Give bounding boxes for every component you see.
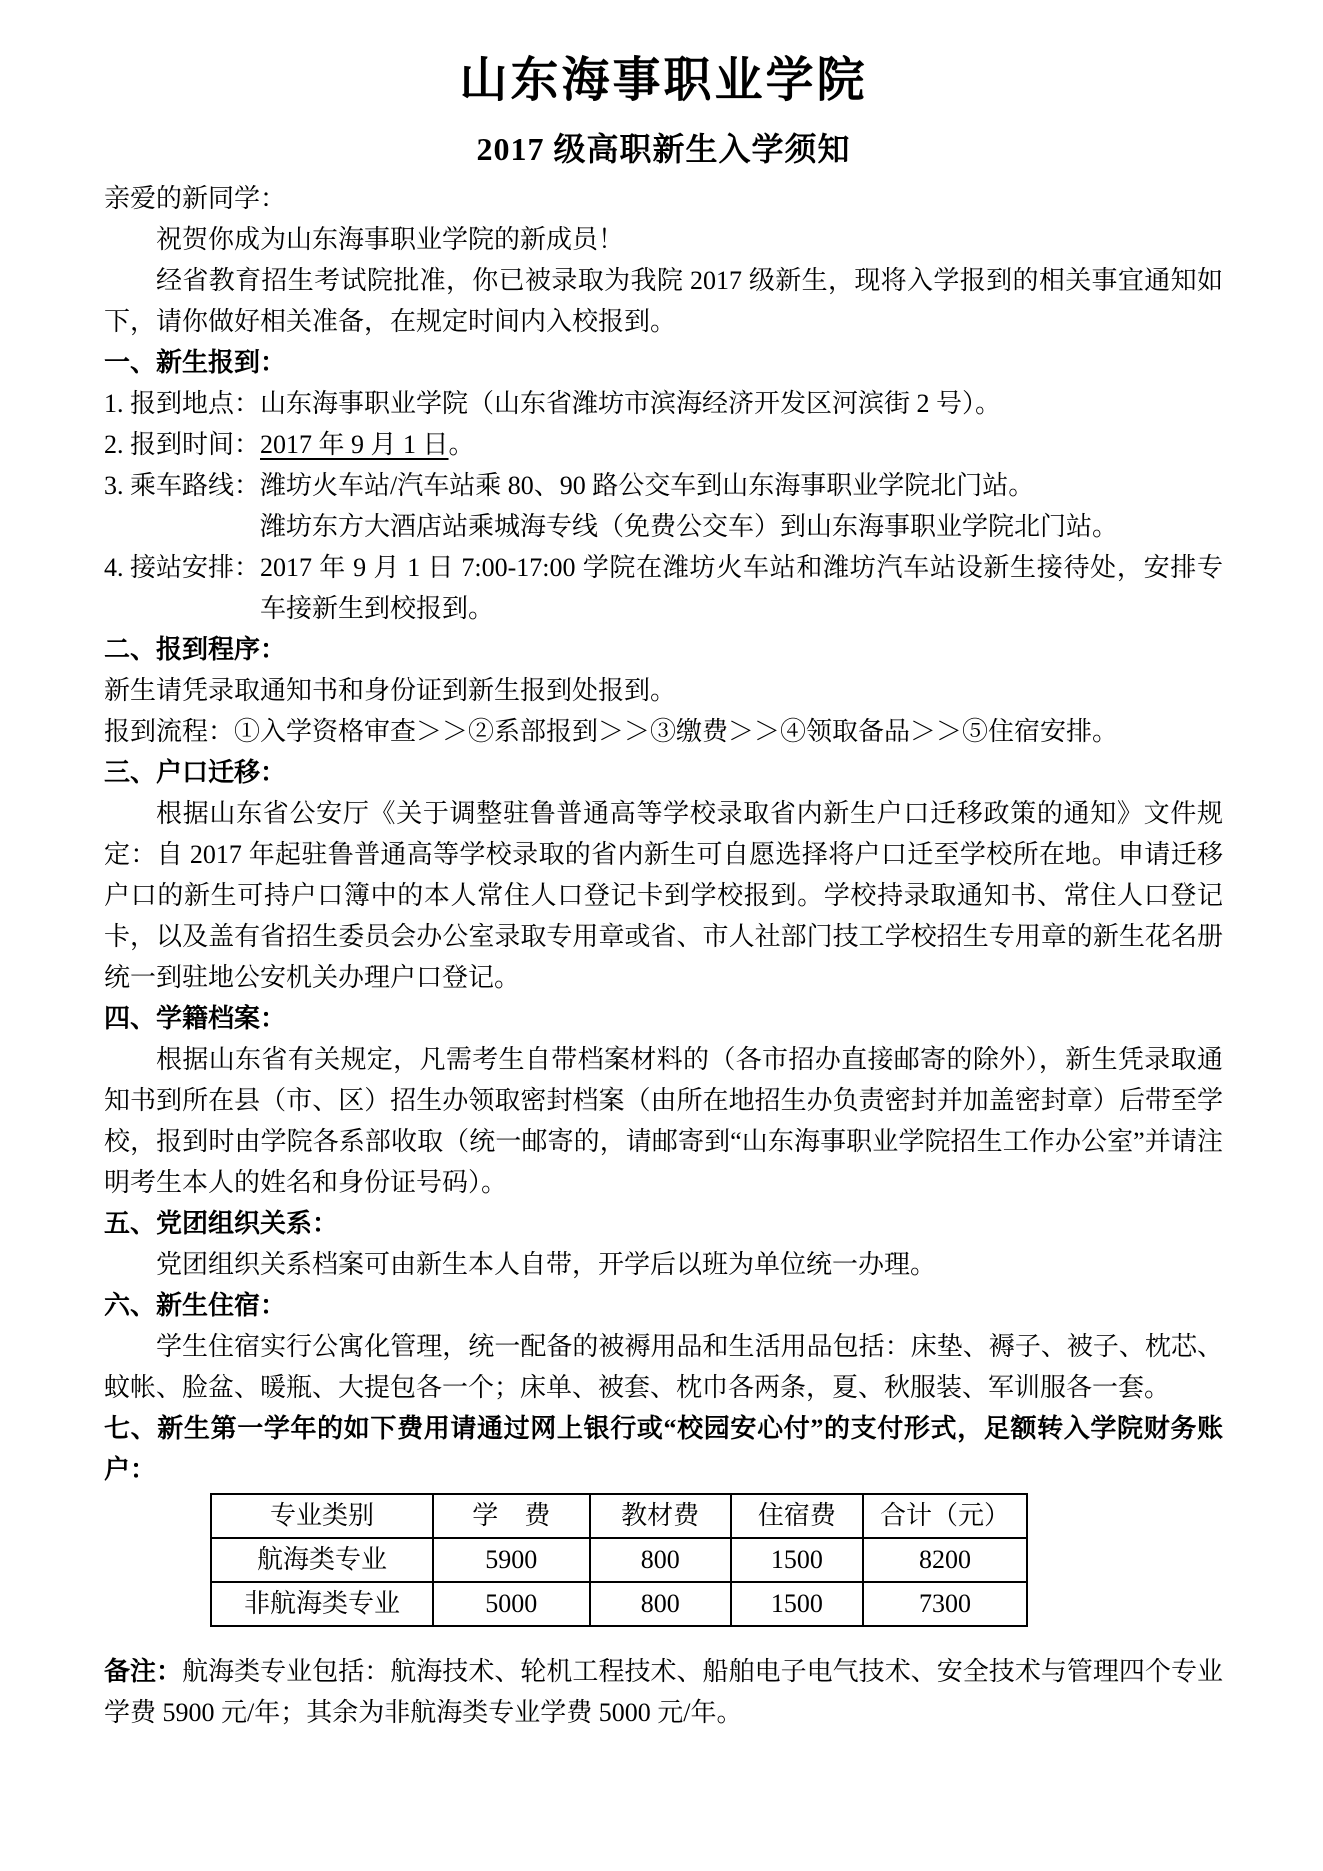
report-item-pickup: 4. 接站安排： 2017 年 9 月 1 日 7:00-17:00 学院在潍坊… <box>104 547 1223 629</box>
report-flow-text: 报到流程：①入学资格审查＞＞②系部报到＞＞③缴费＞＞④领取备品＞＞⑤住宿安排。 <box>104 711 1223 752</box>
section-6-heading: 六、新生住宿： <box>104 1285 1223 1326</box>
fees-header-accommodation: 住宿费 <box>731 1494 863 1538</box>
note-label: 备注： <box>104 1657 182 1686</box>
party-league-paragraph: 党团组织关系档案可由新生本人自带，开学后以班为单位统一办理。 <box>104 1244 1223 1285</box>
section-5-heading: 五、党团组织关系： <box>104 1203 1223 1244</box>
report-date-tail: 。 <box>449 430 475 459</box>
fees-header-total: 合计（元） <box>863 1494 1027 1538</box>
intro-paragraph-1: 祝贺你成为山东海事职业学院的新成员！ <box>104 219 1223 260</box>
note-paragraph: 备注：航海类专业包括：航海技术、轮机工程技术、船舶电子电气技术、安全技术与管理四… <box>104 1651 1223 1733</box>
item-number-label: 3. 乘车路线： <box>104 465 260 547</box>
hukou-paragraph: 根据山东省公安厅《关于调整驻鲁普通高等学校录取省内新生户口迁移政策的通知》文件规… <box>104 793 1223 998</box>
fees-header-tuition: 学 费 <box>433 1494 590 1538</box>
report-date-underlined: 2017 年 9 月 1 日 <box>260 430 449 459</box>
fees-cell-tuition: 5000 <box>433 1582 590 1626</box>
doc-title: 山东海事职业学院 <box>104 50 1223 112</box>
bus-route-line-2: 潍坊东方大酒店站乘城海专线（免费公交车）到山东海事职业学院北门站。 <box>260 506 1223 547</box>
report-procedure-text: 新生请凭录取通知书和身份证到新生报到处报到。 <box>104 670 1223 711</box>
item-text: 潍坊火车站/汽车站乘 80、90 路公交车到山东海事职业学院北门站。 潍坊东方大… <box>260 465 1223 547</box>
report-item-bus-route: 3. 乘车路线： 潍坊火车站/汽车站乘 80、90 路公交车到山东海事职业学院北… <box>104 465 1223 547</box>
note-text: 航海类专业包括：航海技术、轮机工程技术、船舶电子电气技术、安全技术与管理四个专业… <box>104 1657 1223 1727</box>
document-content: 山东海事职业学院 2017 级高职新生入学须知 亲爱的新同学： 祝贺你成为山东海… <box>0 0 1323 1733</box>
greeting-line: 亲爱的新同学： <box>104 178 1223 219</box>
fees-header-textbook: 教材费 <box>590 1494 731 1538</box>
item-number-label: 4. 接站安排： <box>104 547 260 629</box>
fees-cell-major: 航海类专业 <box>211 1538 433 1582</box>
item-text: 山东海事职业学院（山东省潍坊市滨海经济开发区河滨街 2 号）。 <box>260 383 1223 424</box>
fees-cell-major: 非航海类专业 <box>211 1582 433 1626</box>
section-3-heading: 三、户口迁移： <box>104 752 1223 793</box>
fees-cell-textbook: 800 <box>590 1538 731 1582</box>
fees-cell-accommodation: 1500 <box>731 1538 863 1582</box>
fees-cell-textbook: 800 <box>590 1582 731 1626</box>
item-number-label: 1. 报到地点： <box>104 383 260 424</box>
fees-table-row-non-nautical: 非航海类专业 5000 800 1500 7300 <box>211 1582 1027 1626</box>
fees-header-major-type: 专业类别 <box>211 1494 433 1538</box>
section-1-heading: 一、新生报到： <box>104 342 1223 383</box>
report-item-time: 2. 报到时间： 2017 年 9 月 1 日。 <box>104 424 1223 465</box>
archives-paragraph: 根据山东省有关规定，凡需考生自带档案材料的（各市招办直接邮寄的除外），新生凭录取… <box>104 1039 1223 1203</box>
fees-table-row-nautical: 航海类专业 5900 800 1500 8200 <box>211 1538 1027 1582</box>
bus-route-line-1: 潍坊火车站/汽车站乘 80、90 路公交车到山东海事职业学院北门站。 <box>260 465 1223 506</box>
fees-cell-total: 7300 <box>863 1582 1027 1626</box>
item-number-label: 2. 报到时间： <box>104 424 260 465</box>
report-item-location: 1. 报到地点： 山东海事职业学院（山东省潍坊市滨海经济开发区河滨街 2 号）。 <box>104 383 1223 424</box>
section-2-heading: 二、报到程序： <box>104 629 1223 670</box>
intro-paragraph-2: 经省教育招生考试院批准，你已被录取为我院 2017 级新生，现将入学报到的相关事… <box>104 260 1223 342</box>
document-page: 山东海事职业学院 2017 级高职新生入学须知 亲爱的新同学： 祝贺你成为山东海… <box>0 0 1323 1871</box>
section-4-heading: 四、学籍档案： <box>104 998 1223 1039</box>
section-7-heading: 七、新生第一学年的如下费用请通过网上银行或“校园安心付”的支付形式，足额转入学院… <box>104 1408 1223 1490</box>
dorm-paragraph: 学生住宿实行公寓化管理，统一配备的被褥用品和生活用品包括：床垫、褥子、被子、枕芯… <box>104 1326 1223 1408</box>
fees-cell-accommodation: 1500 <box>731 1582 863 1626</box>
fees-cell-tuition: 5900 <box>433 1538 590 1582</box>
doc-body: 亲爱的新同学： 祝贺你成为山东海事职业学院的新成员！ 经省教育招生考试院批准，你… <box>104 178 1223 1733</box>
doc-subtitle: 2017 级高职新生入学须知 <box>104 126 1223 172</box>
fees-cell-total: 8200 <box>863 1538 1027 1582</box>
fees-table: 专业类别 学 费 教材费 住宿费 合计（元） 航海类专业 5900 800 15… <box>210 1493 1028 1627</box>
item-text: 2017 年 9 月 1 日。 <box>260 424 1223 465</box>
item-text: 2017 年 9 月 1 日 7:00-17:00 学院在潍坊火车站和潍坊汽车站… <box>260 547 1223 629</box>
fees-table-header-row: 专业类别 学 费 教材费 住宿费 合计（元） <box>211 1494 1027 1538</box>
